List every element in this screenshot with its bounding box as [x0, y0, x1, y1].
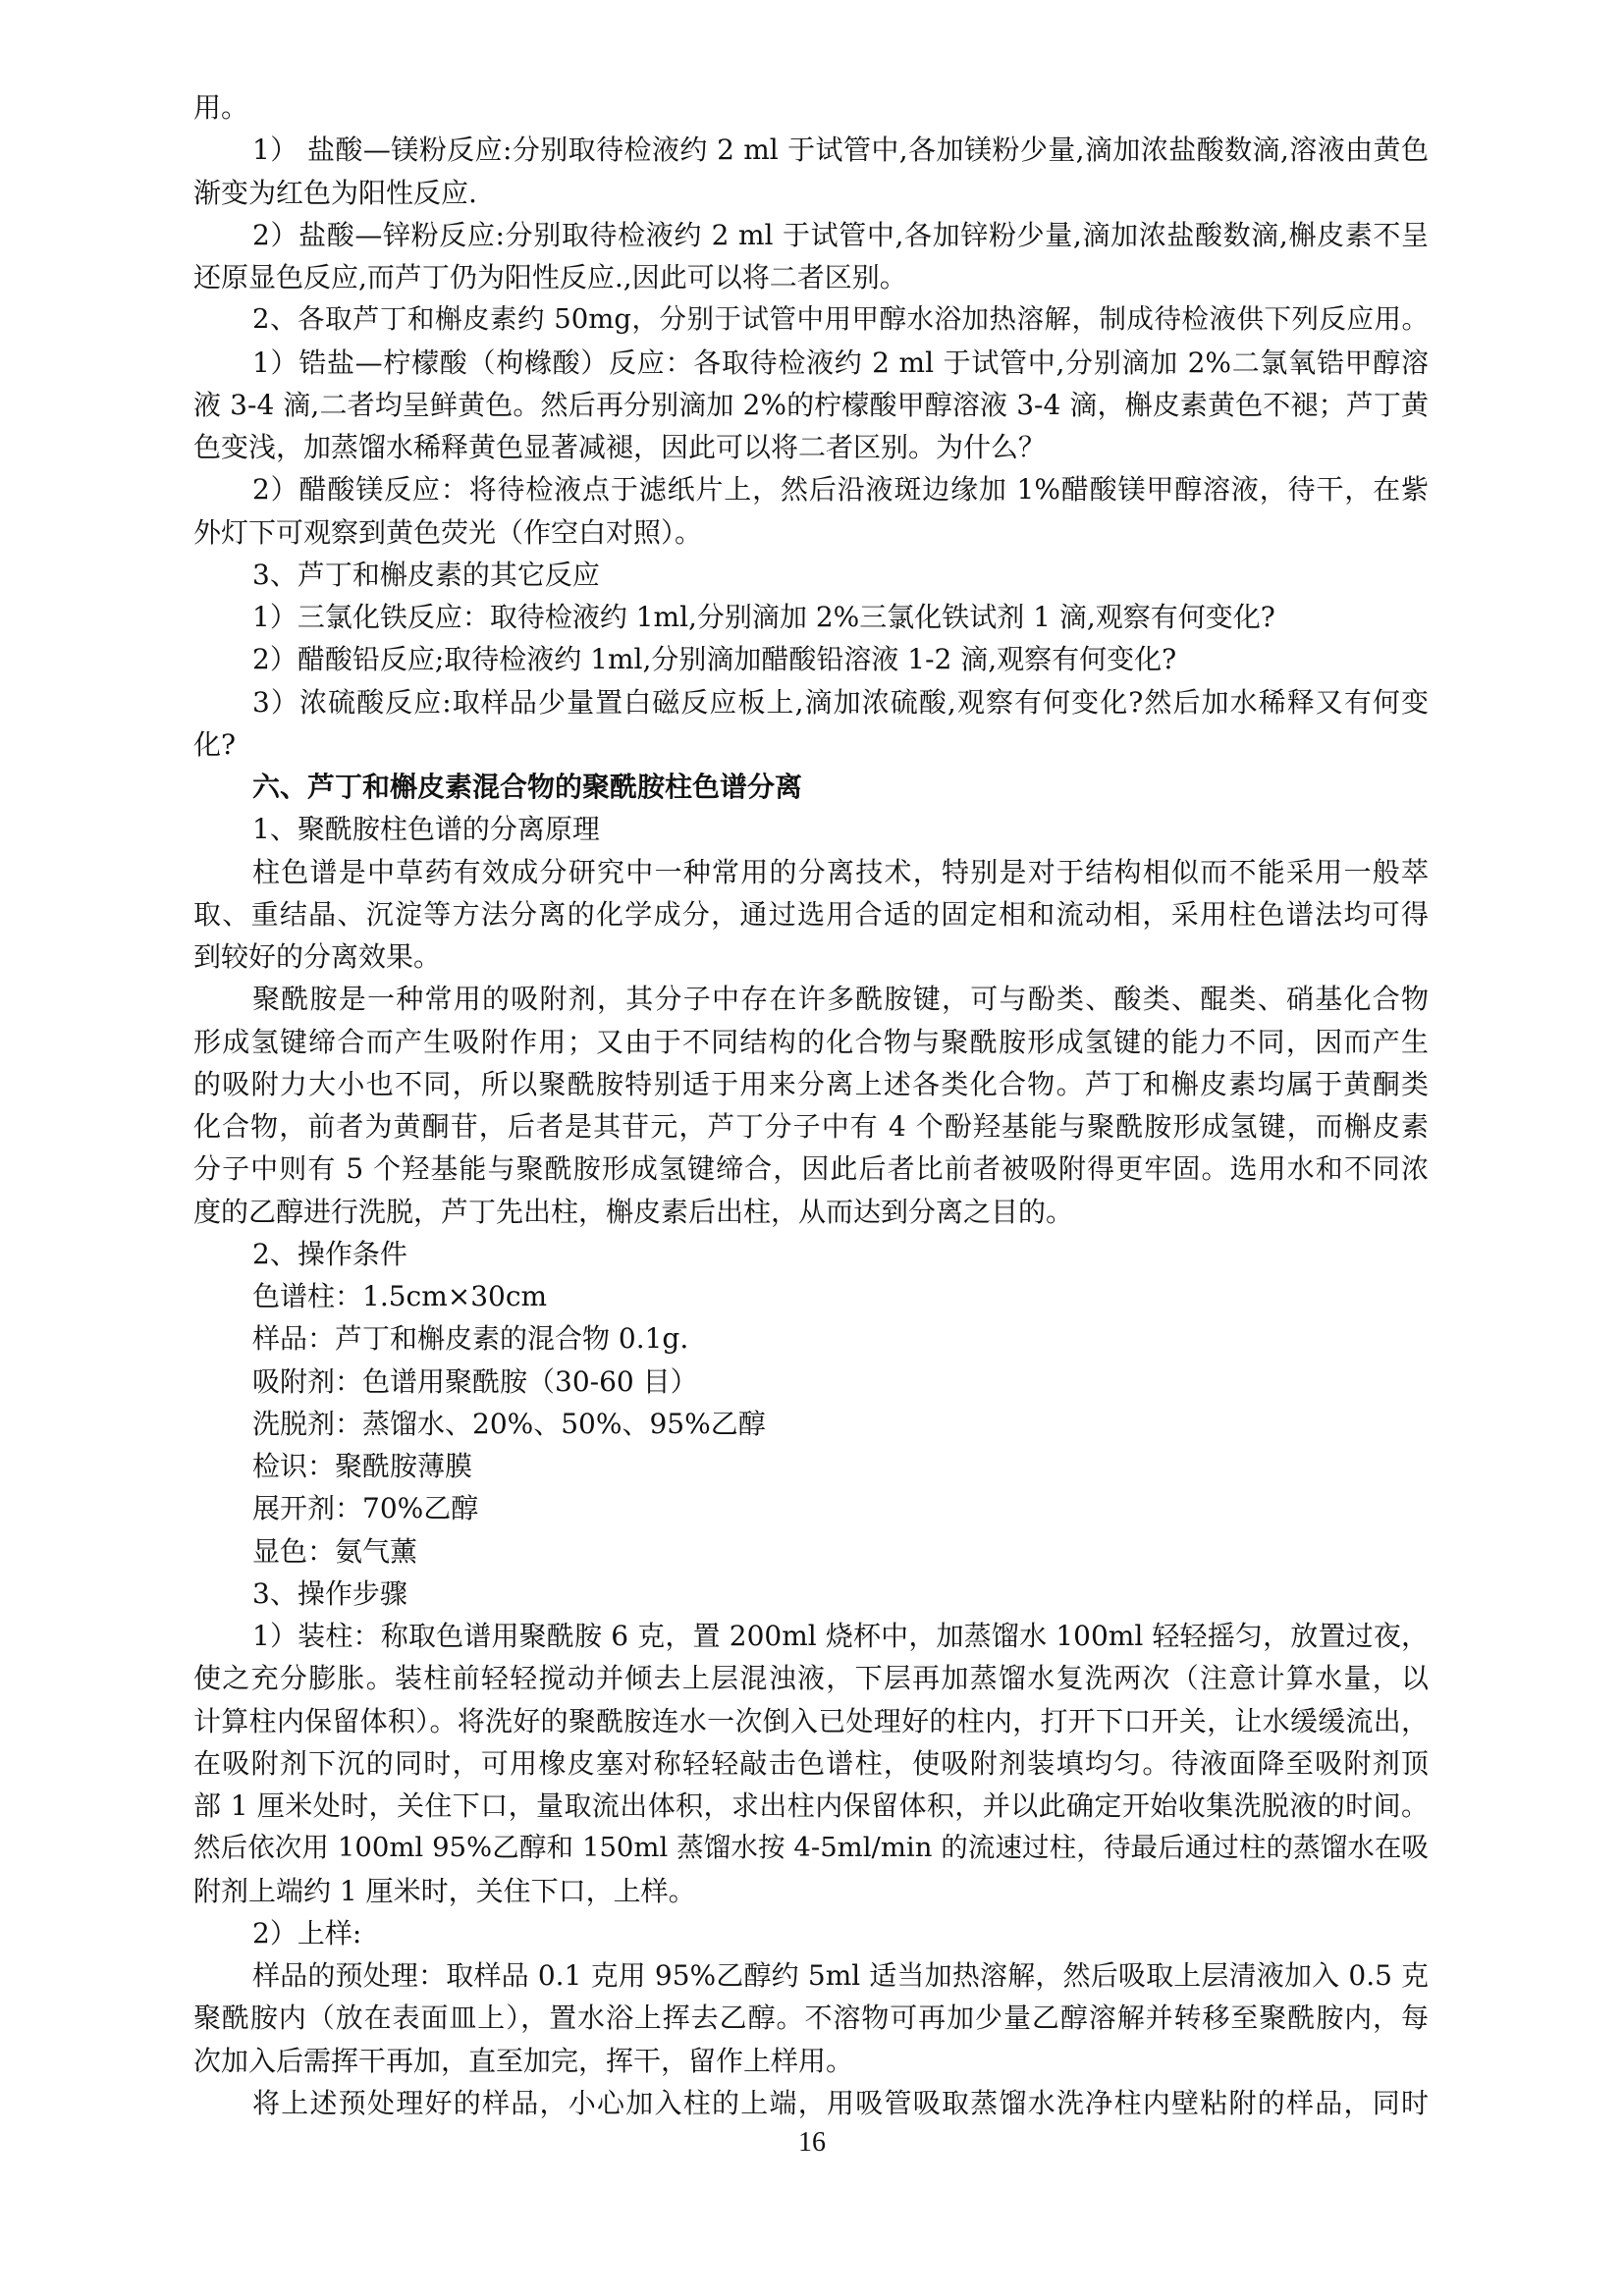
text-line: 洗脱剂：蒸馏水、20%、50%、95%乙醇 — [252, 1403, 1429, 1445]
text-line: 用。 — [193, 86, 1429, 129]
text-line: 1）三氯化铁反应：取待检液约 1ml,分别滴加 2%三氯化铁试剂 1 滴,观察有… — [252, 596, 1429, 638]
text-line: 分子中则有 5 个羟基能与聚酰胺形成氢键缔合，因此后者比前者被吸附得更牢固。选用… — [193, 1148, 1429, 1190]
text-line: 聚酰胺是一种常用的吸附剂，其分子中存在许多酰胺键，可与酚类、酸类、醌类、硝基化合… — [252, 978, 1429, 1020]
text-line: 1）装柱：称取色谱用聚酰胺 6 克，置 200ml 烧杯中，加蒸馏水 100ml… — [252, 1615, 1429, 1657]
text-line: 到较好的分离效果。 — [193, 935, 1429, 978]
text-line: 2、操作条件 — [252, 1233, 1429, 1275]
text-line: 化合物，前者为黄酮苷，后者是其苷元，芦丁分子中有 4 个酚羟基能与聚酰胺形成氢键… — [193, 1105, 1429, 1148]
text-line: 3）浓硫酸反应:取样品少量置白磁反应板上,滴加浓硫酸,观察有何变化?然后加水稀释… — [252, 681, 1429, 723]
text-line: 展开剂：70%乙醇 — [252, 1487, 1429, 1529]
text-line: 将上述预处理好的样品，小心加入柱的上端，用吸管吸取蒸馏水洗净柱内壁粘附的样品，同… — [252, 2082, 1429, 2124]
text-line: 的吸附力大小也不同，所以聚酰胺特别适于用来分离上述各类化合物。芦丁和槲皮素均属于… — [193, 1063, 1429, 1105]
text-line: 使之充分膨胀。装柱前轻轻搅动并倾去上层混浊液，下层再加蒸馏水复洗两次（注意计算水… — [193, 1657, 1429, 1699]
text-line: 部 1 厘米处时，关住下口，量取流出体积，求出柱内保留体积，并以此确定开始收集洗… — [193, 1785, 1429, 1827]
text-line: 吸附剂：色谱用聚酰胺（30-60 目） — [252, 1361, 1429, 1403]
text-line: 还原显色反应,而芦丁仍为阳性反应.,因此可以将二者区别。 — [193, 256, 1429, 298]
text-line: 2）醋酸铅反应;取待检液约 1ml,分别滴加醋酸铅溶液 1-2 滴,观察有何变化… — [252, 638, 1429, 680]
text-line: 化? — [193, 723, 1429, 766]
text-line: 1、聚酰胺柱色谱的分离原理 — [252, 808, 1429, 850]
text-line: 显色：氨气薰 — [252, 1530, 1429, 1573]
text-line: 形成氢键缔合而产生吸附作用；又由于不同结构的化合物与聚酰胺形成氢键的能力不同，因… — [193, 1021, 1429, 1063]
text-line: 色谱柱：1.5cm×30cm — [252, 1275, 1429, 1317]
text-line: 聚酰胺内（放在表面皿上），置水浴上挥去乙醇。不溶物可再加少量乙醇溶解并转移至聚酰… — [193, 1997, 1429, 2039]
text-line: 度的乙醇进行洗脱，芦丁先出柱，槲皮素后出柱，从而达到分离之目的。 — [193, 1191, 1429, 1233]
text-line: 2）盐酸—锌粉反应:分别取待检液约 2 ml 于试管中,各加锌粉少量,滴加浓盐酸… — [252, 214, 1429, 256]
text-line: 2）上样: — [252, 1912, 1429, 1954]
text-line: 渐变为红色为阳性反应. — [193, 172, 1429, 214]
text-line: 在吸附剂下沉的同时，可用橡皮塞对称轻轻敲击色谱柱，使吸附剂装填均匀。待液面降至吸… — [193, 1742, 1429, 1785]
text-line: 1） 盐酸—镁粉反应:分别取待检液约 2 ml 于试管中,各加镁粉少量,滴加浓盐… — [252, 129, 1429, 171]
text-line: 2）醋酸镁反应：将待检液点于滤纸片上，然后沿液斑边缘加 1%醋酸镁甲醇溶液，待干… — [252, 468, 1429, 510]
text-line: 检识：聚酰胺薄膜 — [252, 1445, 1429, 1487]
text-line: 3、芦丁和槲皮素的其它反应 — [252, 554, 1429, 596]
text-line: 3、操作步骤 — [252, 1573, 1429, 1615]
text-line: 然后依次用 100ml 95%乙醇和 150ml 蒸馏水按 4-5ml/min … — [193, 1827, 1429, 1869]
section-heading: 六、芦丁和槲皮素混合物的聚酰胺柱色谱分离 — [252, 766, 1429, 808]
text-line: 取、重结晶、沉淀等方法分离的化学成分，通过选用合适的固定相和流动相，采用柱色谱法… — [193, 893, 1429, 935]
text-line: 附剂上端约 1 厘米时，关住下口，上样。 — [193, 1870, 1429, 1912]
text-line: 次加入后需挥干再加，直至加完，挥干，留作上样用。 — [193, 2040, 1429, 2082]
text-line: 2、各取芦丁和槲皮素约 50mg，分别于试管中用甲醇水浴加热溶解，制成待检液供下… — [252, 298, 1429, 341]
text-line: 色变浅，加蒸馏水稀释黄色显著减褪，因此可以将二者区别。为什么？ — [193, 426, 1429, 468]
text-line: 样品的预处理：取样品 0.1 克用 95%乙醇约 5ml 适当加热溶解，然后吸取… — [252, 1954, 1429, 1997]
page-number: 16 — [783, 2123, 841, 2163]
text-line: 外灯下可观察到黄色荧光（作空白对照）。 — [193, 511, 1429, 554]
text-line: 计算柱内保留体积）。将洗好的聚酰胺连水一次倒入已处理好的柱内，打开下口开关，让水… — [193, 1700, 1429, 1742]
text-line: 样品：芦丁和槲皮素的混合物 0.1g. — [252, 1317, 1429, 1360]
text-line: 1）锆盐—柠檬酸（枸橼酸）反应：各取待检液约 2 ml 于试管中,分别滴加 2%… — [252, 342, 1429, 384]
text-line: 柱色谱是中草药有效成分研究中一种常用的分离技术，特别是对于结构相似而不能采用一般… — [252, 851, 1429, 893]
document-page: 用。1） 盐酸—镁粉反应:分别取待检液约 2 ml 于试管中,各加镁粉少量,滴加… — [0, 0, 1624, 2296]
text-line: 液 3-4 滴,二者均呈鲜黄色。然后再分别滴加 2%的柠檬酸甲醇溶液 3-4 滴… — [193, 384, 1429, 426]
